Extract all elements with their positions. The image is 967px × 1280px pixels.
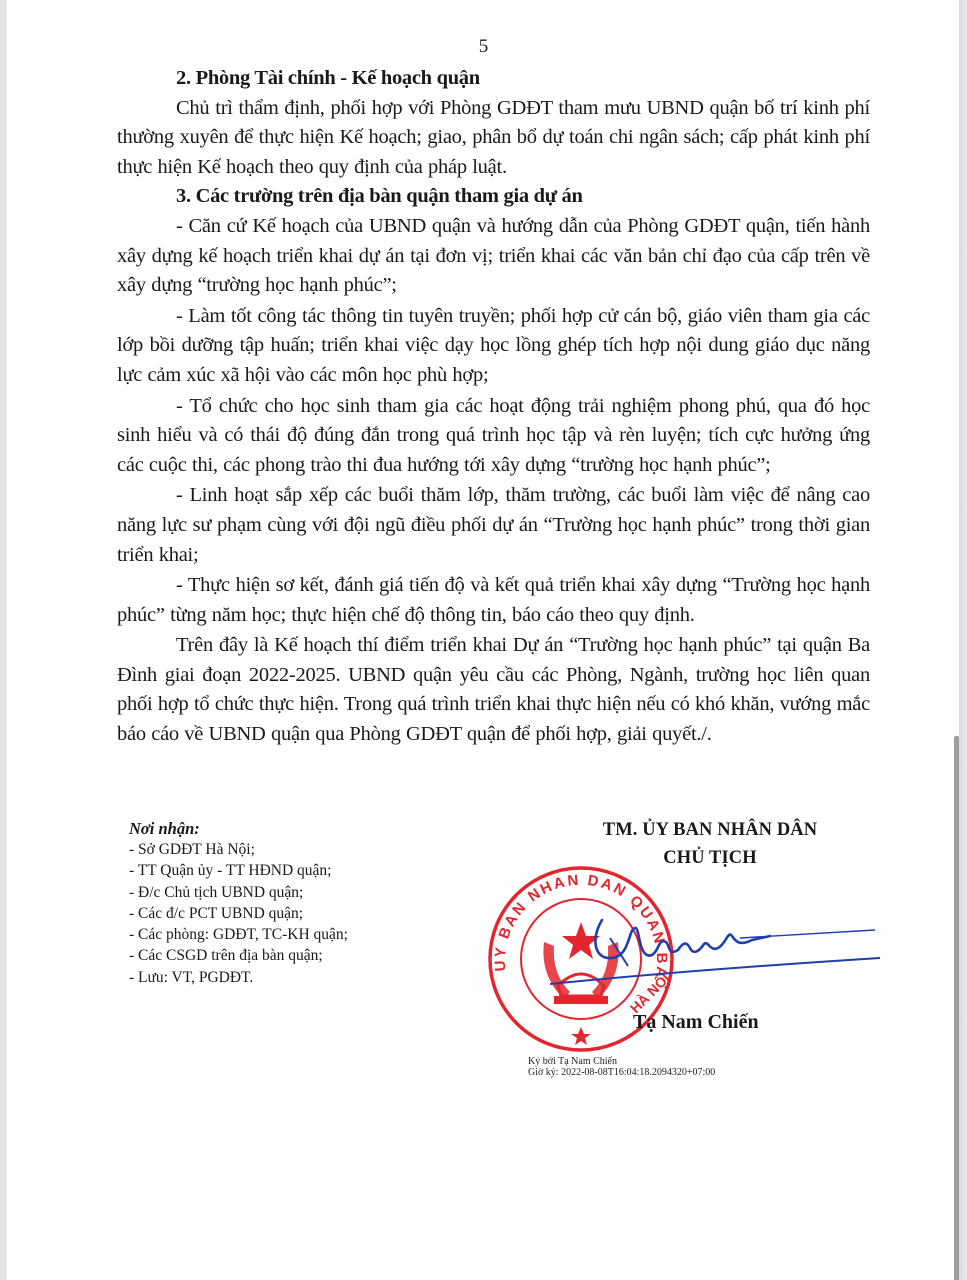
signer-name: Tạ Nam Chiến	[633, 1011, 759, 1034]
handwritten-signature-icon	[540, 900, 890, 990]
page-number: 5	[0, 36, 967, 58]
vertical-scrollbar[interactable]	[954, 736, 959, 1280]
section-heading: 2. Phòng Tài chính - Kế hoạch quận	[117, 64, 870, 94]
viewer-edge	[959, 0, 967, 1280]
paragraph: - Thực hiện sơ kết, đánh giá tiến độ và …	[117, 571, 870, 630]
document-body: 2. Phòng Tài chính - Kế hoạch quận Chủ t…	[117, 64, 870, 750]
paragraph: - Linh hoạt sắp xếp các buổi thăm lớp, t…	[117, 481, 870, 570]
paragraph: Chủ trì thẩm định, phối hợp với Phòng GD…	[117, 94, 870, 183]
signature-org-line: TM. ỦY BAN NHÂN DÂN	[540, 816, 880, 844]
recipient-item: - Các đ/c PCT UBND quận;	[129, 903, 348, 924]
recipients-title: Nơi nhận:	[129, 818, 348, 839]
digital-signed-time: Giờ ký: 2022-08-08T16:04:18.2094320+07:0…	[528, 1068, 715, 1079]
recipient-item: - TT Quận ủy - TT HĐND quận;	[129, 860, 348, 881]
digital-signed-by: Ký bởi Tạ Nam Chiến	[528, 1057, 715, 1068]
recipient-item: - Sở GDĐT Hà Nội;	[129, 839, 348, 860]
digital-signature-info: Ký bởi Tạ Nam Chiến Giờ ký: 2022-08-08T1…	[528, 1057, 715, 1078]
recipients-list: Nơi nhận: - Sở GDĐT Hà Nội; - TT Quận ủy…	[129, 818, 348, 988]
closing-paragraph: Trên đây là Kế hoạch thí điểm triển khai…	[117, 631, 870, 749]
recipient-item: - Các CSGD trên địa bàn quận;	[129, 945, 348, 966]
recipient-item: - Đ/c Chủ tịch UBND quận;	[129, 882, 348, 903]
section-heading: 3. Các trường trên địa bàn quận tham gia…	[117, 182, 870, 212]
recipient-item: - Các phòng: GDĐT, TC-KH quận;	[129, 924, 348, 945]
paragraph: - Căn cứ Kế hoạch của UBND quận và hướng…	[117, 212, 870, 301]
paragraph: - Tổ chức cho học sinh tham gia các hoạt…	[117, 392, 870, 481]
paragraph: - Làm tốt công tác thông tin tuyên truyề…	[117, 302, 870, 391]
recipient-item: - Lưu: VT, PGDĐT.	[129, 967, 348, 988]
